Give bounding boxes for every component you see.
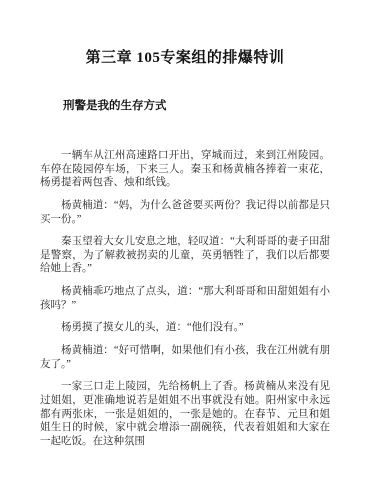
- paragraph: 秦玉望着大女儿安息之地，轻叹道：“大利哥哥的妻子田甜是警察，为了解救被拐卖的儿童…: [40, 235, 330, 276]
- paragraph: 一家三口走上陵园，先给杨帆上了香。杨黄楠从来没有见过姐姐，更准确地说若是姐姐不出…: [40, 380, 330, 448]
- paragraph: 杨黄楠乖巧地点了点头，道：“那大利哥哥和田甜姐姐有小孩吗？”: [40, 285, 330, 312]
- reader-page: 第三章 105专案组的排爆特训 刑警是我的生存方式 一辆车从江州高速路口开出，穿…: [0, 0, 370, 480]
- paragraph: 杨黄楠道：“妈，为什么爸爸要买两份？我记得以前都是只买一份。”: [40, 199, 330, 226]
- chapter-title: 第三章 105专案组的排爆特训: [40, 46, 330, 67]
- body-text: 一辆车从江州高速路口开出，穿城而过，来到江州陵园。车停在陵园停车场，下来三人。秦…: [40, 149, 330, 449]
- section-subtitle: 刑警是我的生存方式: [40, 97, 330, 113]
- paragraph: 一辆车从江州高速路口开出，穿城而过，来到江州陵园。车停在陵园停车场，下来三人。秦…: [40, 149, 330, 190]
- paragraph: 杨黄楠道：“好可惜啊，如果他们有小孩，我在江州就有朋友了。”: [40, 344, 330, 371]
- paragraph: 杨勇摸了摸女儿的头，道：“他们没有。”: [40, 321, 330, 335]
